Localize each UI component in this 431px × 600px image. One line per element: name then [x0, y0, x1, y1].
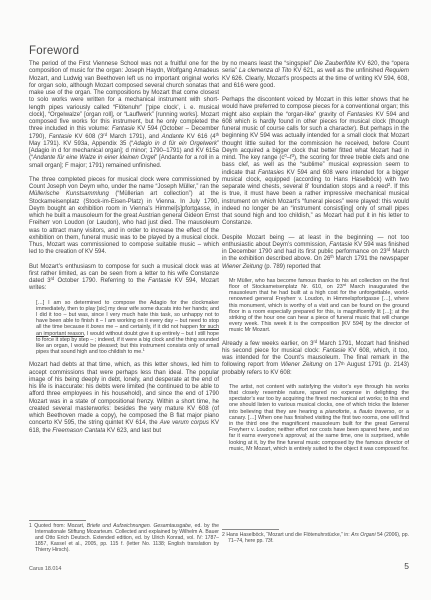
- text-run: Wiener Zeitung: [281, 362, 323, 368]
- text-run: Andante: [162, 134, 184, 140]
- document-page: Foreword The period of the First Viennes…: [0, 0, 431, 600]
- footnote-1: 1 Quoted from: Mozart, Briefe und Aufzei…: [29, 524, 219, 554]
- edition-number: Carus 18.014: [29, 566, 61, 572]
- text-run: May 1791). KV 593a, Appendix 35 (“: [29, 141, 133, 147]
- paragraph: by no means least the “singspiel” Die Za…: [222, 61, 409, 90]
- text-run: Fantasie: [323, 348, 346, 354]
- text-run: The period of the First Viennese School …: [29, 61, 219, 132]
- text-run: . If this is true, it must have been a r…: [222, 184, 409, 226]
- text-run: pianoforte: [325, 409, 349, 415]
- text-run: 0: [284, 153, 286, 158]
- paragraph: 1 Quoted from: Mozart, Briefe und Aufzei…: [29, 524, 219, 554]
- text-run: Müllerische Kunstsammlung: [29, 191, 109, 197]
- text-run: Requiem: [385, 68, 409, 74]
- text-run: KV 626. Clearly, Mozart’s prospects at t…: [222, 76, 409, 89]
- text-run: The three completed pieces for musical c…: [29, 177, 219, 190]
- text-run: rd: [51, 276, 55, 281]
- text-run: KV 623, and last but: [105, 428, 161, 434]
- text-run: by no means least the “singspiel”: [222, 61, 314, 67]
- text-run: 1: [143, 348, 145, 352]
- text-run: La clemenza di Tito: [239, 68, 292, 74]
- text-run: KV 616 (4: [184, 134, 216, 140]
- text-run: March inaugurated the mausoleum that he …: [229, 284, 409, 333]
- text-run: (“Müllerian art collection”) at the Stoc…: [29, 191, 219, 255]
- text-run: 3: [292, 153, 294, 158]
- footnote-1-text: 1 Quoted from: Mozart, Briefe und Aufzei…: [29, 524, 219, 554]
- paragraph: Mozart had debts at that time, which, as…: [29, 362, 219, 435]
- text-run: Die Zauberflöte: [314, 61, 355, 67]
- text-run: Freemason Cantata: [52, 428, 105, 434]
- text-run: KV 621, as well as the unfinished: [292, 68, 385, 74]
- text-run: Fantasies: [258, 170, 284, 176]
- block-quote: […] I am so determined to compose the Ad…: [36, 300, 219, 356]
- text-run: rd: [103, 132, 107, 137]
- footnote-separator: [29, 520, 86, 521]
- text-run: Fantasie: [49, 134, 72, 140]
- left-column: The period of the First Viennese School …: [29, 61, 219, 442]
- paragraph: But Mozart’s enthusiasm to compose for s…: [29, 264, 219, 293]
- paragraph: The three completed pieces for musical c…: [29, 177, 219, 257]
- text-run: 2: [388, 182, 390, 187]
- text-run: Fantasie: [329, 242, 352, 248]
- text-run: Ave verum corpus: [160, 420, 209, 426]
- footnote-separator: [222, 529, 279, 530]
- block-quote: The artist, not content with satisfying …: [229, 384, 409, 452]
- right-column: by no means least the “singspiel” Die Za…: [222, 61, 409, 459]
- text-run: flauto traverso: [359, 409, 394, 415]
- text-run: (p. 789) reported that: [263, 264, 321, 270]
- text-run: bores: [91, 324, 105, 330]
- text-run: –f: [287, 155, 292, 161]
- page-number: 5: [404, 561, 409, 571]
- text-run: March 1791), and: [107, 134, 162, 140]
- block-quote: Mr Müller, who has become famous thanks …: [229, 278, 409, 334]
- footnote-2: 2 Hans Haselböck, “Mozart und die Flöten…: [222, 533, 409, 545]
- text-run: Wiener Zeitung: [222, 264, 263, 270]
- paragraph: Despite Mozart being — at least in the b…: [222, 235, 409, 271]
- text-run: rd: [387, 247, 391, 252]
- paragraph: Already a few weeks earlier, on 3rd Marc…: [222, 341, 409, 377]
- page-title: Foreword: [29, 45, 79, 57]
- text-run: Fantasie: [112, 126, 135, 132]
- text-run: Adagio in d für ein Orgelwerk: [133, 141, 217, 147]
- text-run: me – and certainly, if it did not happen: [104, 324, 200, 330]
- text-run: Mozart had debts at that time, which, as…: [29, 362, 219, 426]
- text-run: Fantasie: [148, 278, 171, 284]
- text-run: , a: [349, 409, 359, 415]
- text-run: Andante für eine Walze in einer kleinen …: [33, 155, 155, 161]
- text-run: October 1790. Referring to the: [54, 278, 148, 284]
- text-run: th: [330, 254, 333, 259]
- text-run: Already a few weeks earlier, on 3: [222, 341, 313, 347]
- text-run: KV 608 (3: [72, 134, 104, 140]
- text-run: March 1791 the newspaper: [334, 256, 409, 262]
- text-run: KV 594 and 608 which is hardly found in …: [222, 112, 409, 162]
- paragraph: The period of the First Viennese School …: [29, 61, 219, 170]
- footnote-2-text: 2 Hans Haselböck, “Mozart und die Flöten…: [222, 533, 409, 545]
- text-run: th: [341, 361, 344, 366]
- text-run: rd: [313, 339, 317, 344]
- text-run: on 17: [322, 362, 341, 368]
- text-run: th: [216, 132, 219, 137]
- text-run: , or a canary. […] When one has finished…: [229, 409, 409, 452]
- paragraph: 2 Hans Haselböck, “Mozart und die Flöten…: [222, 533, 409, 545]
- text-run: rd: [343, 283, 346, 287]
- text-run: Ars Organi: [351, 532, 375, 538]
- paragraph: Perhaps the discontent voiced by Mozart …: [222, 97, 409, 228]
- text-run: Fantasies: [347, 112, 373, 118]
